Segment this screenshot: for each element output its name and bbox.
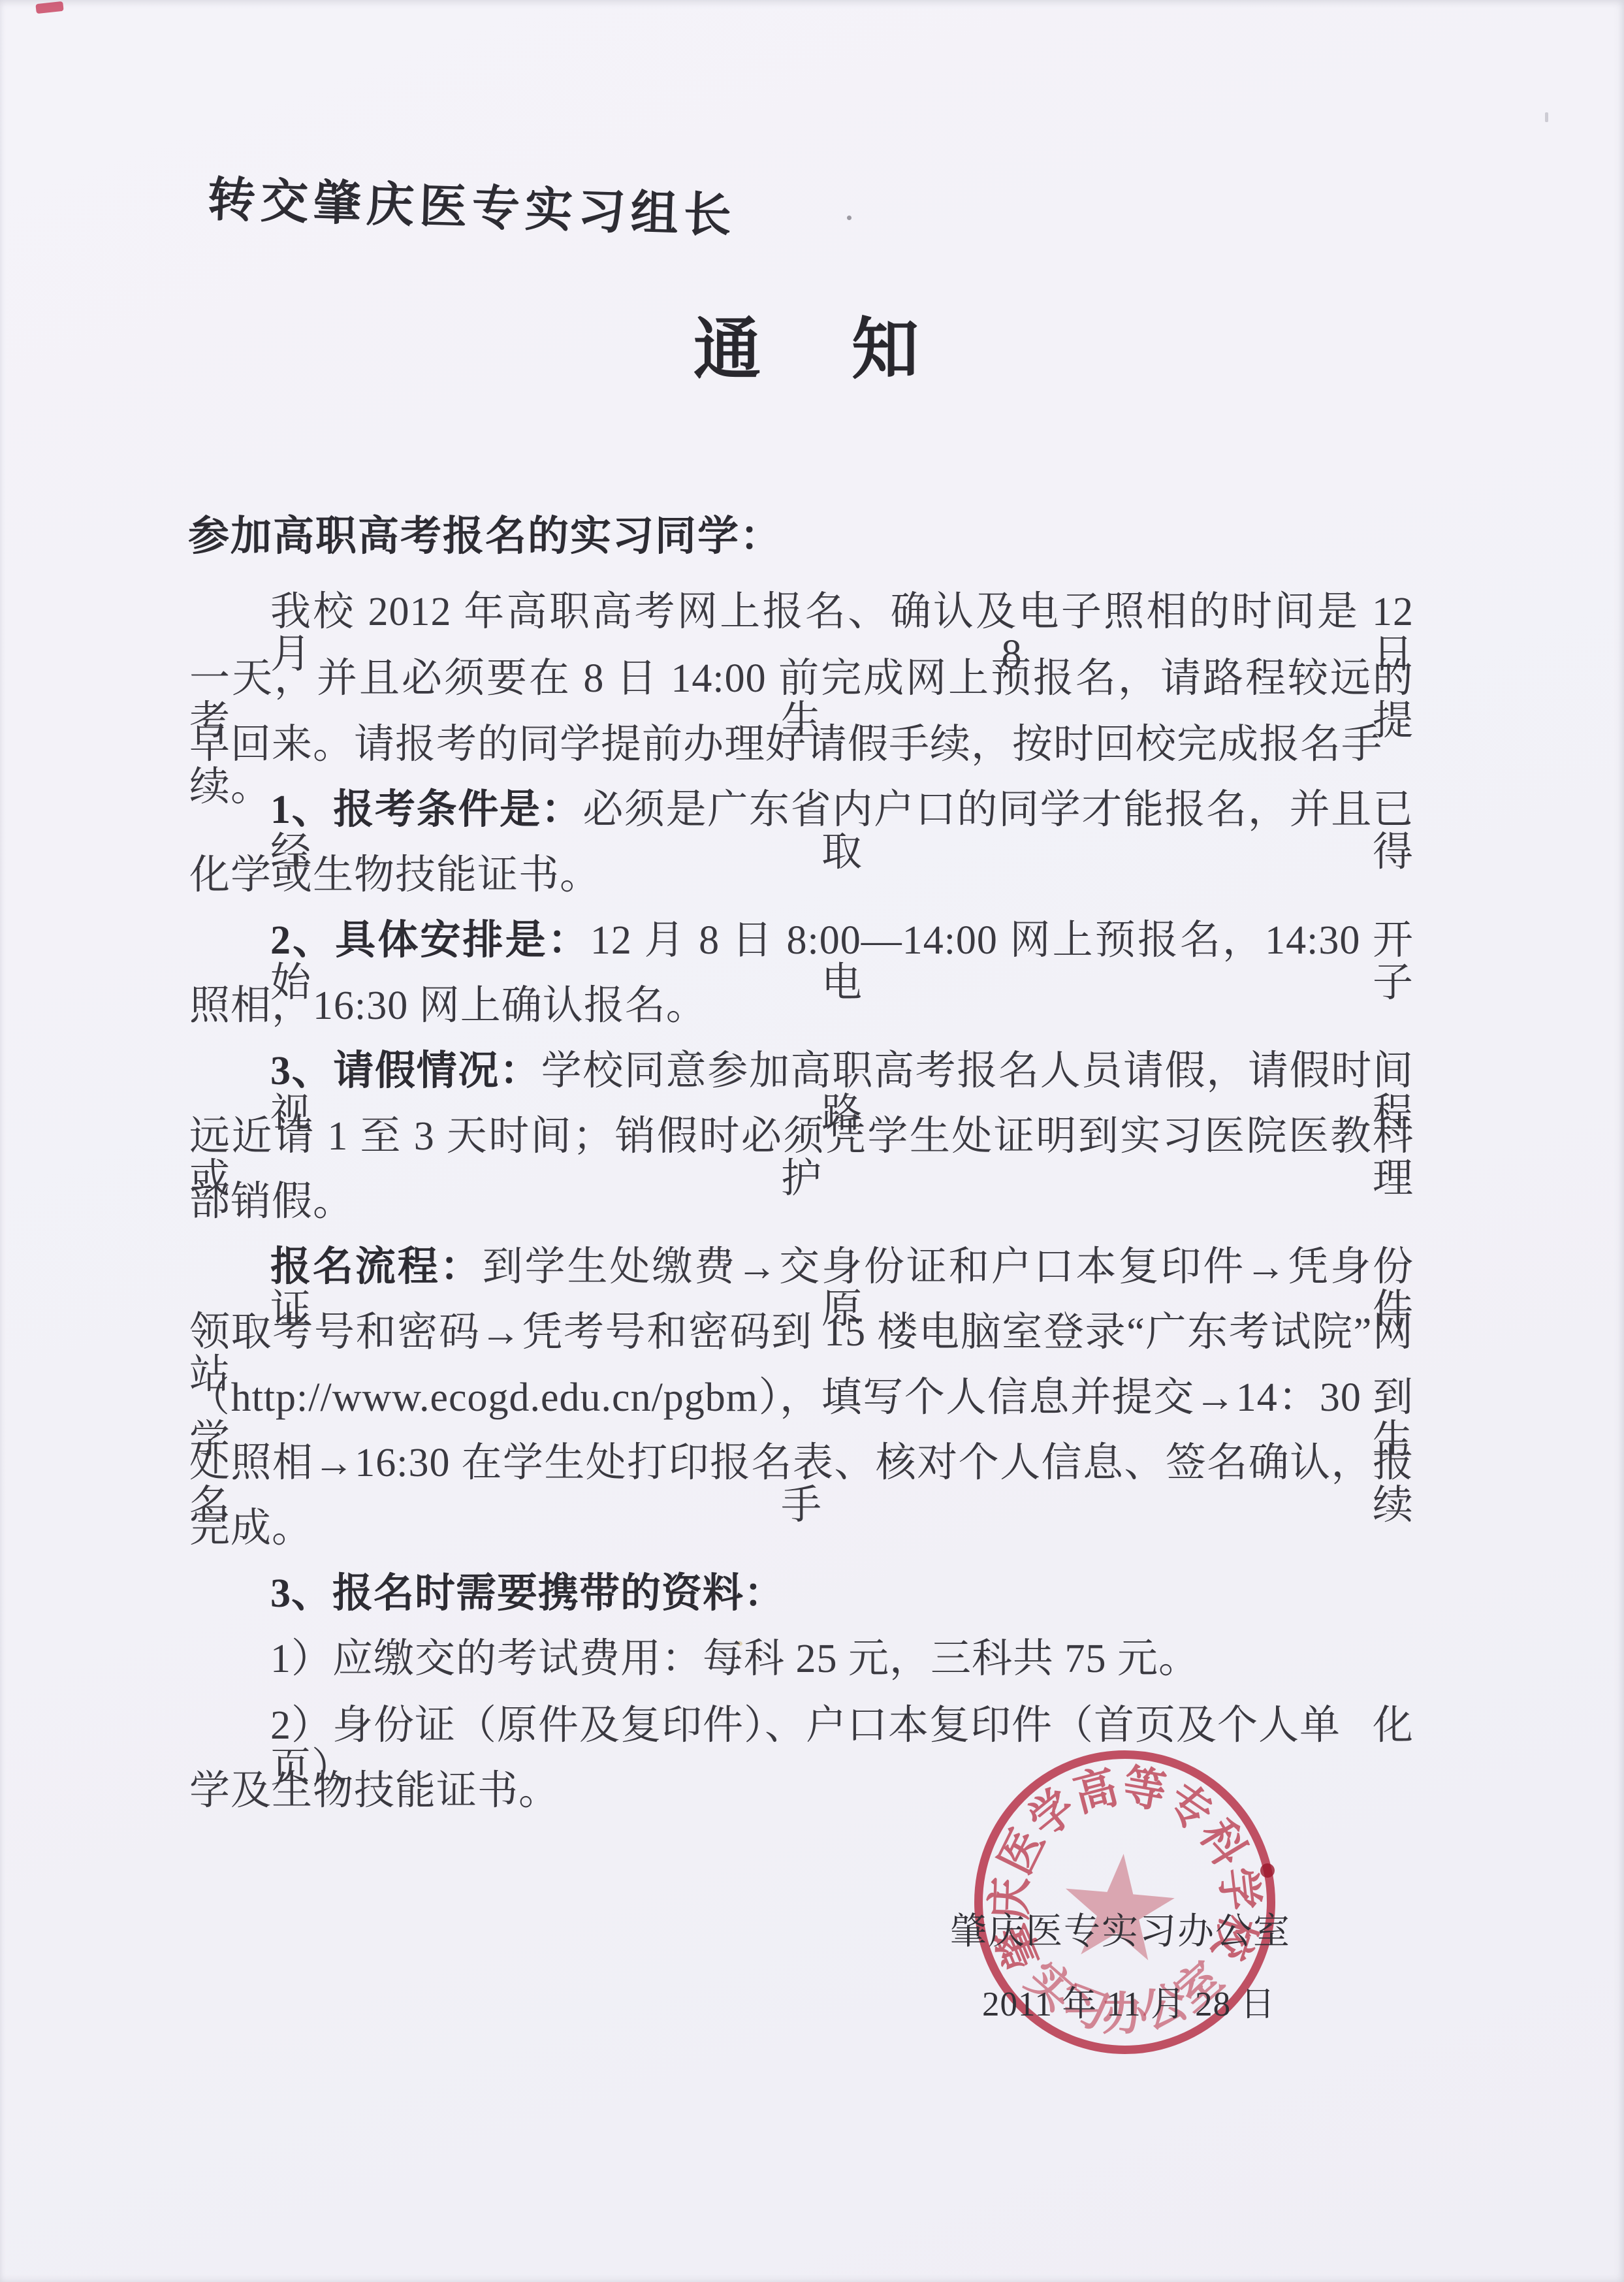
signature-office: 肇庆医专实习办公室 (950, 1903, 1291, 1955)
body-line: 部销假。 (189, 1181, 1414, 1223)
seal-ink-blob (1260, 1863, 1275, 1878)
body-line-bold-prefix: 2、具体安排是： (270, 918, 590, 963)
body-line-text: 完成。 (189, 1506, 313, 1551)
scanned-notice-page: 转交肇庆医专实习组长 通 知 参加高职高考报名的实习同学： 我校 2012 年高… (0, 0, 1624, 2282)
scan-speck (847, 216, 852, 220)
body-line-text: 照相，16:30 网上确认报名。 (189, 984, 707, 1028)
body-line: 完成。 (189, 1507, 1414, 1550)
handover-note: 转交肇庆医专实习组长 (207, 161, 738, 246)
body-line: 照相，16:30 网上确认报名。 (189, 985, 1414, 1027)
body-line-text: 1）应缴交的考试费用：每科 25 元，三科共 75 元。 (270, 1637, 1200, 1681)
scan-speck (1545, 112, 1548, 122)
body-line: 1）应缴交的考试费用：每科 25 元，三科共 75 元。 (270, 1638, 1414, 1680)
body-line-bold-prefix: 1、报考条件是： (270, 788, 582, 832)
notice-title: 通 知 (0, 295, 1624, 392)
red-ink-mark (35, 1, 63, 14)
body-line: 3、报名时需要携带的资料： (270, 1573, 1414, 1615)
body-line-text: 部销假。 (189, 1180, 354, 1224)
body-line-bold-prefix: 报名流程： (270, 1245, 483, 1289)
salutation: 参加高职高考报名的实习同学： (188, 503, 782, 562)
body-line-bold-prefix: 3、报名时需要携带的资料： (270, 1571, 785, 1616)
signature-date: 2011 年 11 月 28 日 (982, 1976, 1275, 2026)
body-line: 化学或生物技能证书。 (189, 854, 1414, 897)
body-line-bold-prefix: 3、请假情况： (270, 1049, 541, 1093)
body-line-text: 化学或生物技能证书。 (189, 853, 601, 897)
body-line-text: 学及生物技能证书。 (189, 1769, 560, 1813)
